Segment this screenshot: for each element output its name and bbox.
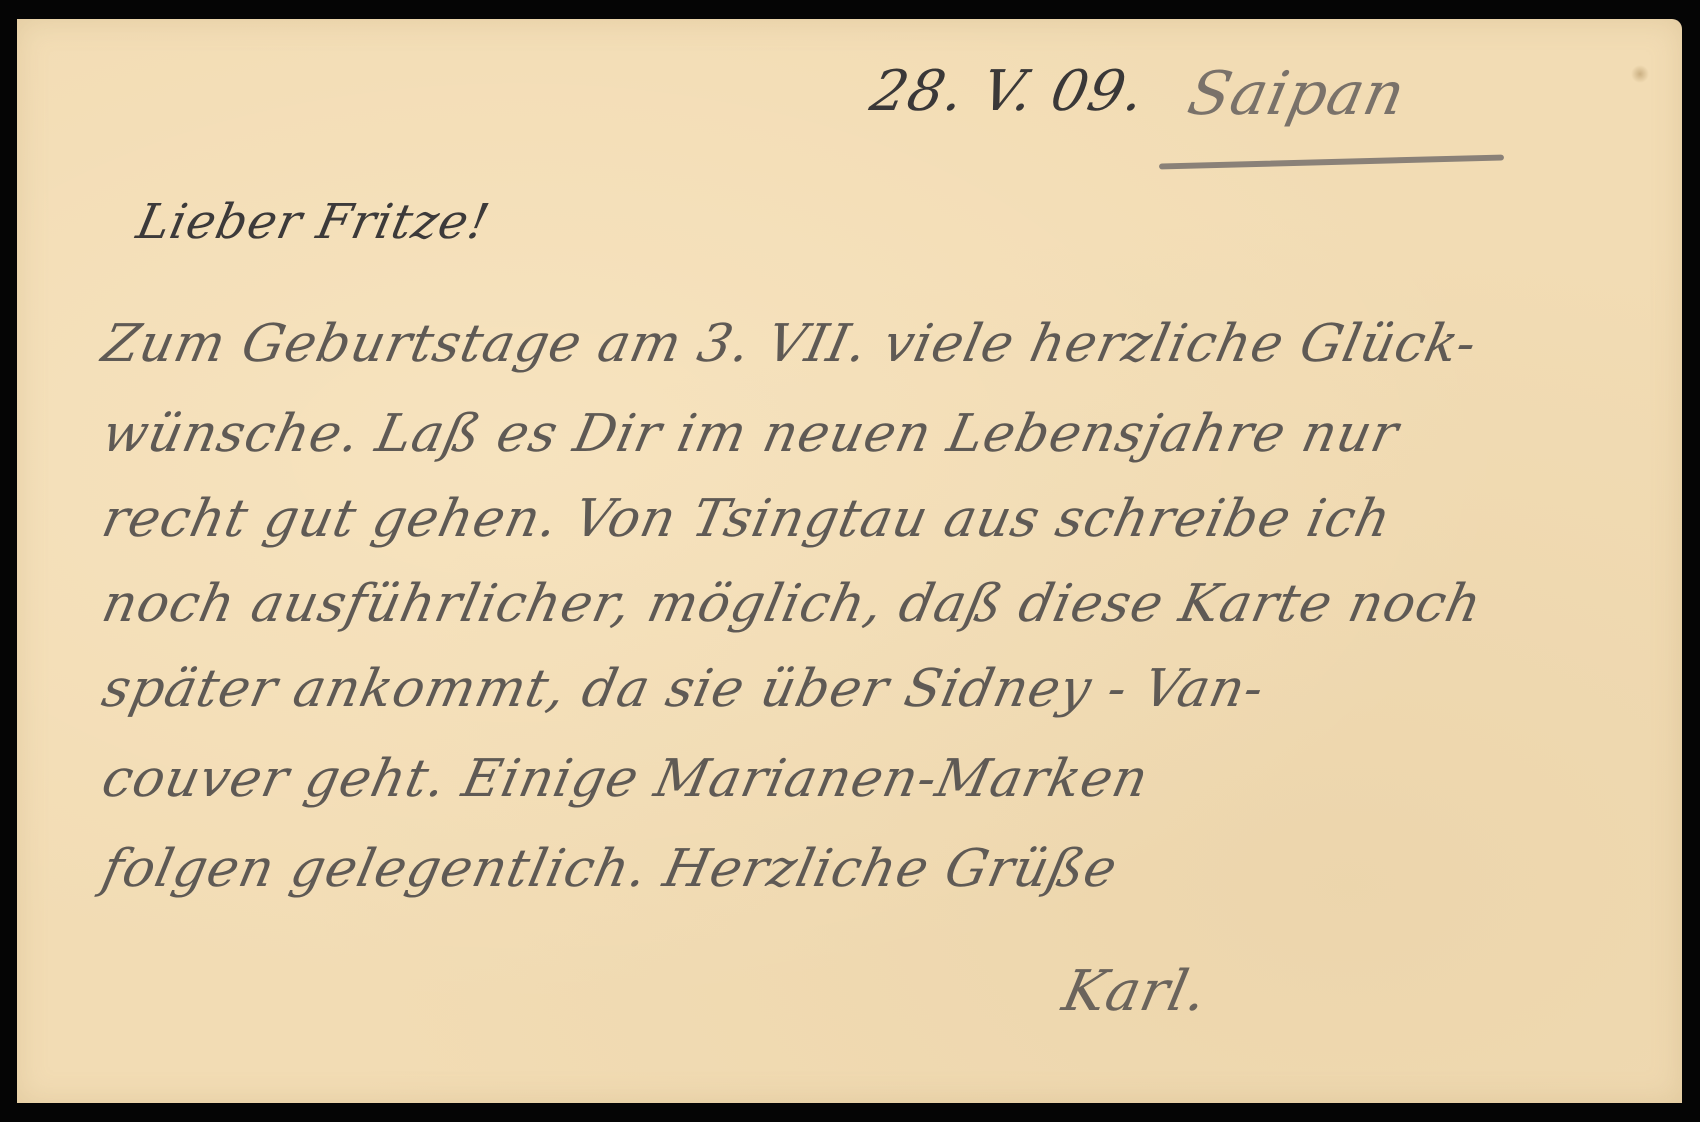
postcard: 28. V. 09. Saipan Lieber Fritze! Zum Geb…	[17, 19, 1682, 1103]
place-text: Saipan	[1182, 59, 1412, 129]
body-line-4: noch ausführlicher, möglich, daß diese K…	[97, 574, 1487, 634]
date-text: 28. V. 09.	[865, 59, 1151, 124]
greeting-text: Lieber Fritze!	[132, 194, 495, 250]
body-line-3: recht gut gehen. Von Tsingtau aus schrei…	[97, 489, 1397, 549]
scan-frame: 28. V. 09. Saipan Lieber Fritze! Zum Geb…	[0, 0, 1700, 1122]
body-line-5: später ankommt, da sie über Sidney - Van…	[97, 659, 1270, 719]
body-line-7: folgen gelegentlich. Herzliche Grüße	[97, 839, 1123, 899]
body-line-6: couver geht. Einige Marianen-Marken	[97, 749, 1154, 809]
body-line-1: Zum Geburtstage am 3. VII. viele herzlic…	[97, 314, 1482, 374]
place-underline	[1159, 154, 1504, 169]
body-line-2: wünsche. Laß es Dir im neuen Lebensjahre…	[97, 404, 1404, 464]
signature-text: Karl.	[1057, 959, 1214, 1024]
